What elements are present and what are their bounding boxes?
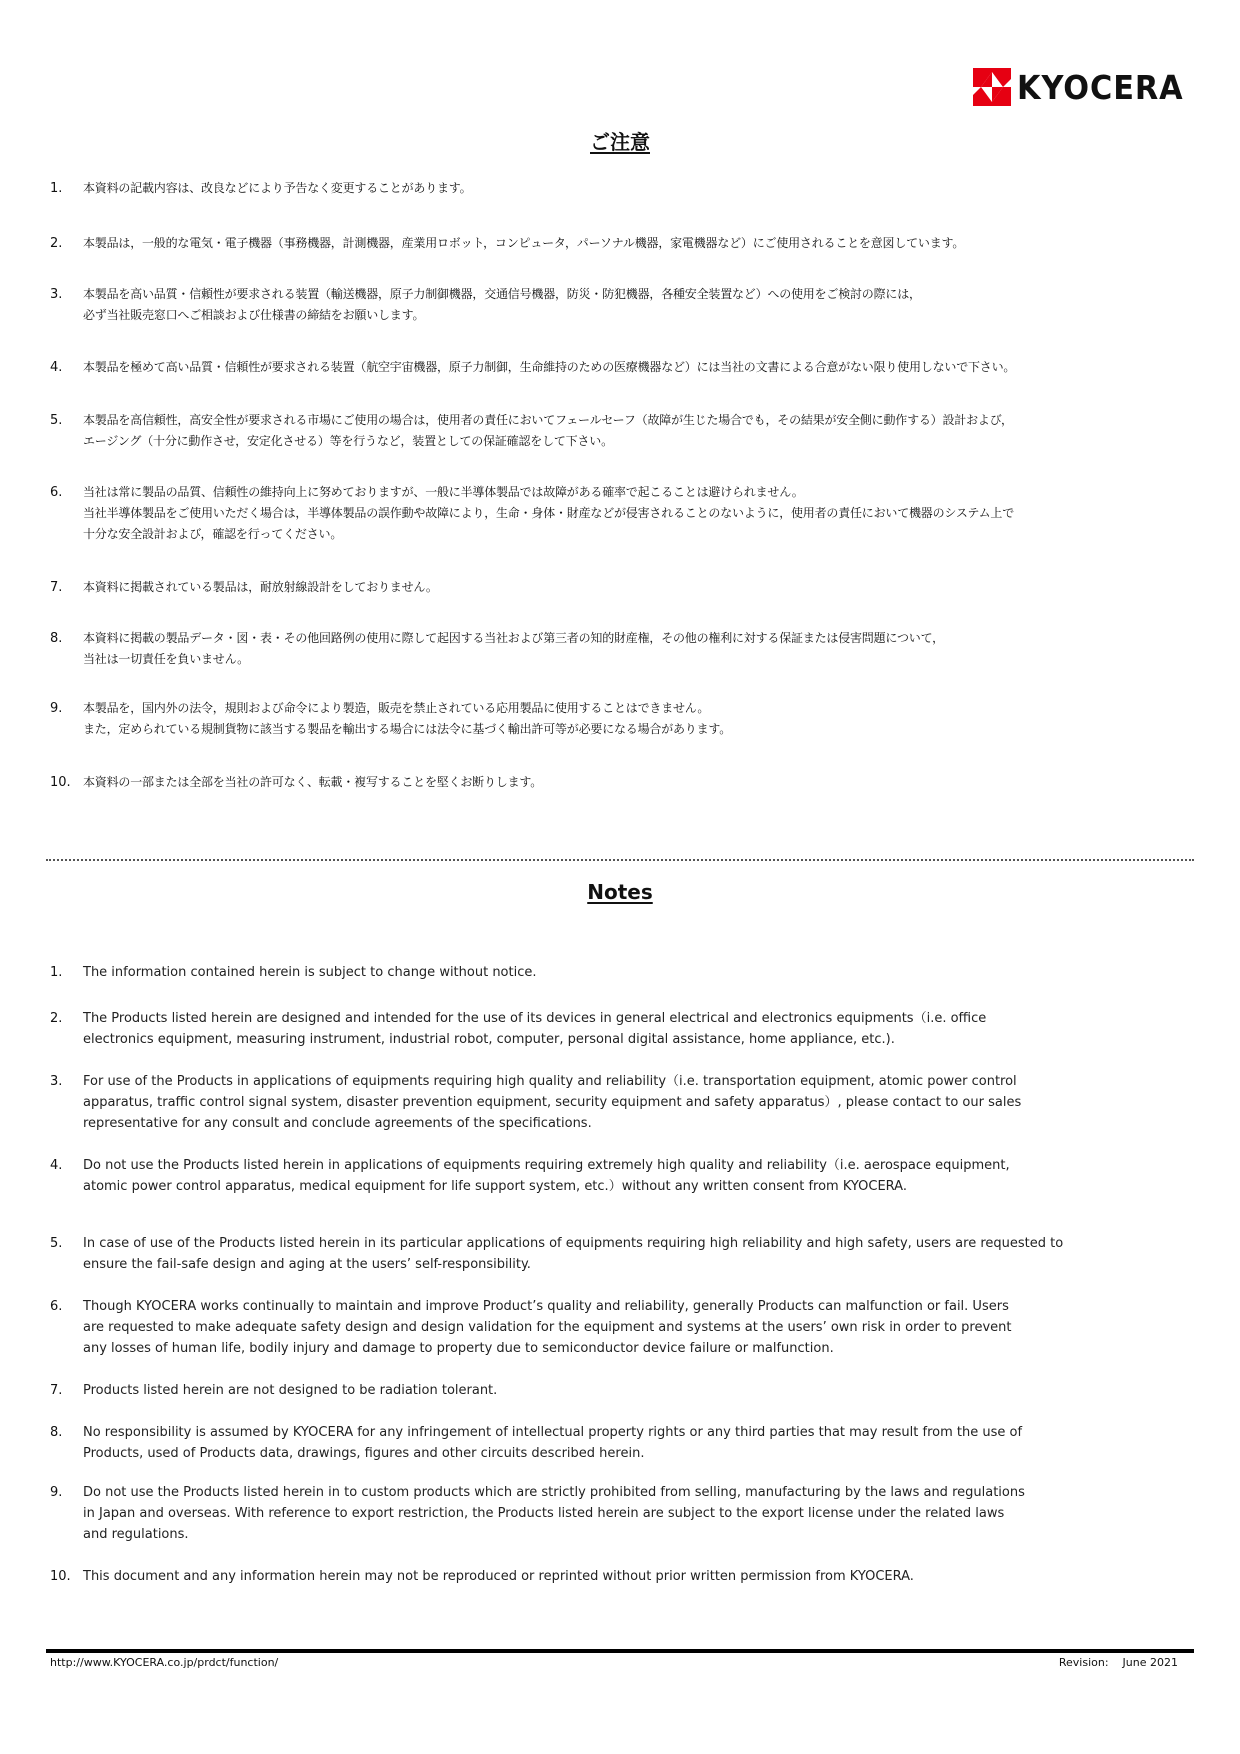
note-text: For use of the Products in applications … [83,1071,1021,1134]
note-text: Products listed herein are not designed … [83,1380,497,1401]
jp-note-item: 10.本資料の一部または全部を当社の許可なく、転載・複写することを堅くお断りしま… [50,772,1180,793]
japanese-notes-title: ご注意 [0,126,1240,155]
jp-note-item: 3.本製品を高い品質・信頼性が要求される装置（輸送機器，原子力制御機器，交通信号… [50,284,1180,326]
note-text: Do not use the Products listed herein in… [83,1482,1025,1545]
kyocera-logo-text: KYOCERA [1017,71,1184,104]
en-note-item: 5.In case of use of the Products listed … [50,1233,1180,1275]
footer-rule [46,1649,1194,1653]
note-text: 本製品を高信頼性，高安全性が要求される市場にご使用の場合は，使用者の責任において… [83,410,1013,452]
en-note-item: 8.No responsibility is assumed by KYOCER… [50,1422,1180,1464]
en-note-item: 1.The information contained herein is su… [50,962,1180,983]
note-number: 6. [50,1296,83,1359]
note-text: In case of use of the Products listed he… [83,1233,1063,1275]
jp-note-item: 4.本製品を極めて高い品質・信頼性が要求される装置（航空宇宙機器，原子力制御，生… [50,357,1180,378]
note-number: 6. [50,482,83,545]
note-text: The Products listed herein are designed … [83,1008,986,1050]
jp-note-item: 9.本製品を，国内外の法令，規則および命令により製造，販売を禁止されている応用製… [50,698,1180,740]
en-note-item: 3.For use of the Products in application… [50,1071,1180,1134]
en-note-item: 2.The Products listed herein are designe… [50,1008,1180,1050]
note-number: 4. [50,357,83,378]
kyocera-logo-mark-icon [973,68,1011,106]
note-text: The information contained herein is subj… [83,962,537,983]
note-text: No responsibility is assumed by KYOCERA … [83,1422,1022,1464]
note-number: 1. [50,178,83,199]
section-divider [46,859,1194,861]
footer-revision: Revision:June 2021 [1059,1656,1178,1669]
en-note-item: 9.Do not use the Products listed herein … [50,1482,1180,1545]
note-number: 5. [50,410,83,452]
english-notes-title: Notes [0,880,1240,904]
jp-note-item: 2.本製品は，一般的な電気・電子機器（事務機器，計測機器，産業用ロボット，コンピ… [50,233,1180,254]
note-text: 本資料に掲載されている製品は，耐放射線設計をしておりません。 [83,577,438,598]
jp-note-item: 1.本資料の記載内容は、改良などにより予告なく変更することがあります。 [50,178,1180,199]
note-number: 2. [50,233,83,254]
footer-url-link[interactable]: http://www.KYOCERA.co.jp/prdct/function/ [50,1656,278,1669]
note-text: 本資料の一部または全部を当社の許可なく、転載・複写することを堅くお断りします。 [83,772,542,793]
kyocera-logo: KYOCERA [973,66,1198,108]
note-text: 本製品を高い品質・信頼性が要求される装置（輸送機器，原子力制御機器，交通信号機器… [83,284,921,326]
note-number: 2. [50,1008,83,1050]
note-text: 当社は常に製品の品質、信頼性の維持向上に努めておりますが、一般に半導体製品では故… [83,482,1014,545]
note-number: 9. [50,1482,83,1545]
note-number: 7. [50,1380,83,1401]
note-number: 10. [50,1566,83,1587]
note-number: 3. [50,284,83,326]
note-text: 本製品を極めて高い品質・信頼性が要求される装置（航空宇宙機器，原子力制御，生命維… [83,357,1015,378]
jp-note-item: 6.当社は常に製品の品質、信頼性の維持向上に努めておりますが、一般に半導体製品で… [50,482,1180,545]
note-text: 本資料に掲載の製品データ・図・表・その他回路例の使用に際して起因する当社および第… [83,628,944,670]
en-note-item: 7.Products listed herein are not designe… [50,1380,1180,1401]
note-text: Though KYOCERA works continually to main… [83,1296,1012,1359]
revision-date: June 2021 [1123,1656,1178,1669]
note-number: 5. [50,1233,83,1275]
en-note-item: 6.Though KYOCERA works continually to ma… [50,1296,1180,1359]
note-number: 4. [50,1155,83,1197]
note-text: 本製品は，一般的な電気・電子機器（事務機器，計測機器，産業用ロボット，コンピュー… [83,233,964,254]
note-number: 3. [50,1071,83,1134]
note-number: 1. [50,962,83,983]
note-number: 7. [50,577,83,598]
note-number: 9. [50,698,83,740]
note-text: 本資料の記載内容は、改良などにより予告なく変更することがあります。 [83,178,471,199]
note-text: This document and any information herein… [83,1566,914,1587]
jp-note-item: 5.本製品を高信頼性，高安全性が要求される市場にご使用の場合は，使用者の責任にお… [50,410,1180,452]
note-text: 本製品を，国内外の法令，規則および命令により製造，販売を禁止されている応用製品に… [83,698,731,740]
note-number: 8. [50,628,83,670]
note-text: Do not use the Products listed herein in… [83,1155,1010,1197]
jp-note-item: 7.本資料に掲載されている製品は，耐放射線設計をしておりません。 [50,577,1180,598]
jp-note-item: 8.本資料に掲載の製品データ・図・表・その他回路例の使用に際して起因する当社およ… [50,628,1180,670]
en-note-item: 4.Do not use the Products listed herein … [50,1155,1180,1197]
en-note-item: 10.This document and any information her… [50,1566,1180,1587]
note-number: 10. [50,772,83,793]
note-number: 8. [50,1422,83,1464]
revision-label: Revision: [1059,1656,1109,1669]
